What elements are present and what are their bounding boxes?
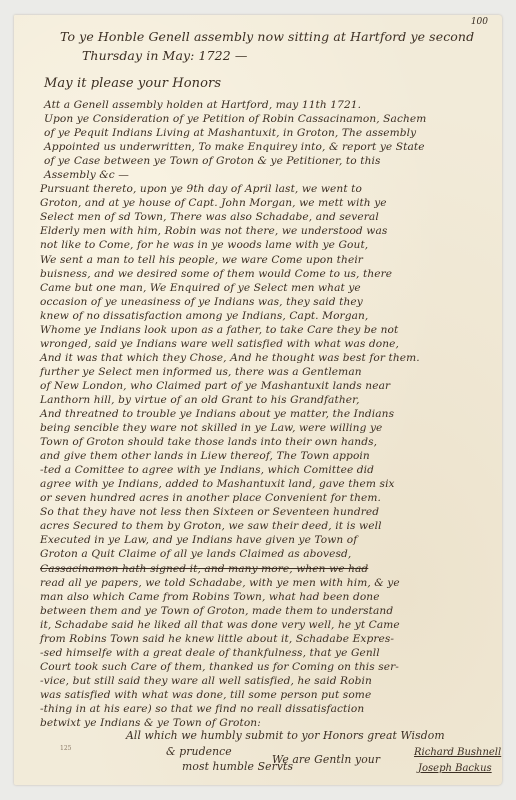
body-line: Lanthorn hill, by virtue of an old Grant… — [40, 394, 360, 406]
closing-line: & prudence — [166, 745, 232, 758]
body-line: of New London, who Claimed part of ye Ma… — [40, 380, 390, 392]
signature: Joseph Backus — [418, 763, 492, 774]
body-line: knew of no dissatisfaction among ye Indi… — [40, 310, 368, 322]
body-line: acres Secured to them by Groton, we saw … — [40, 520, 382, 532]
body-line: not like to Come, for he was in ye woods… — [40, 239, 368, 251]
body-line: So that they have not less then Sixteen … — [40, 506, 379, 518]
body-line: agree with ye Indians, added to Mashantu… — [40, 478, 395, 490]
body-line: read all ye papers, we told Schadabe, wi… — [40, 577, 400, 589]
body-line: We sent a man to tell his people, we war… — [40, 254, 363, 266]
body-line: further ye Select men informed us, there… — [40, 366, 362, 378]
body-line: being sencible they ware not skilled in … — [40, 422, 382, 434]
body-line: between them and ye Town of Groton, made… — [40, 605, 393, 617]
heading-line-1: To ye Honble Genell assembly now sitting… — [60, 29, 474, 44]
body-line: Groton a Quit Claime of all ye lands Cla… — [40, 548, 351, 560]
body-line: occasion of ye uneasiness of ye Indians … — [40, 296, 363, 308]
body-line: Executed in ye Law, and ye Indians have … — [40, 534, 357, 546]
body-line: from Robins Town said he knew little abo… — [40, 633, 394, 645]
body-line: Court took such Care of them, thanked us… — [40, 661, 399, 673]
body-line: it, Schadabe said he liked all that was … — [40, 619, 400, 631]
body-line: And it was that which they Chose, And he… — [40, 352, 420, 364]
salutation: May it please your Honors — [44, 76, 221, 91]
body-line: or seven hundred acres in another place … — [40, 492, 381, 504]
heading-line-2: Thursday in May: 1722 — — [82, 48, 247, 63]
body-line: wronged, said ye Indians ware well satis… — [40, 338, 399, 350]
body-line: -vice, but still said they ware all well… — [40, 675, 372, 687]
body-line: Elderly men with him, Robin was not ther… — [40, 225, 387, 237]
body-line: Att a Genell assembly holden at Hartford… — [44, 99, 361, 111]
body-line: -thing in at his eare) so that we find n… — [40, 703, 364, 715]
closing-line: All which we humbly submit to yor Honors… — [126, 729, 445, 742]
body-line: -sed himselfe with a great deale of than… — [40, 647, 380, 659]
body-line: Appointed us underwritten, To make Enqui… — [44, 141, 425, 153]
body-line: buisness, and we desired some of them wo… — [40, 268, 392, 280]
body-line: Whome ye Indians look upon as a father, … — [40, 324, 398, 336]
body-line: of ye Pequit Indians Living at Mashantux… — [44, 127, 416, 139]
body-line: of ye Case between ye Town of Groton & y… — [44, 155, 381, 167]
signature: Richard Bushnell — [414, 747, 501, 758]
margin-note: 125 — [60, 745, 71, 752]
body-line: Select men of sd Town, There was also Sc… — [40, 211, 379, 223]
body-line: betwixt ye Indians & ye Town of Groton: — [40, 717, 261, 729]
body-line-struck: Cassacinamon hath signed it, and many mo… — [40, 563, 368, 575]
body-line: was satisfied with what was done, till s… — [40, 689, 371, 701]
manuscript-page: 100 To ye Honble Genell assembly now sit… — [14, 15, 502, 785]
body-line: Assembly &c — — [44, 169, 129, 181]
body-line: And threatned to trouble ye Indians abou… — [40, 408, 394, 420]
closing-line: most humble Servts — [182, 760, 293, 773]
body-line: -ted a Comittee to agree with ye Indians… — [40, 464, 374, 476]
body-line: man also which Came from Robins Town, wh… — [40, 591, 380, 603]
body-line: Town of Groton should take those lands i… — [40, 436, 377, 448]
body-line: Pursuant thereto, upon ye 9th day of Apr… — [40, 183, 362, 195]
body-line: and give them other lands in Liew thereo… — [40, 450, 370, 462]
body-line: Came but one man, We Enquired of ye Sele… — [40, 282, 361, 294]
folio-number: 100 — [471, 17, 488, 27]
body-line: Upon ye Consideration of ye Petition of … — [44, 113, 426, 125]
body-line: Groton, and at ye house of Capt. John Mo… — [40, 197, 387, 209]
